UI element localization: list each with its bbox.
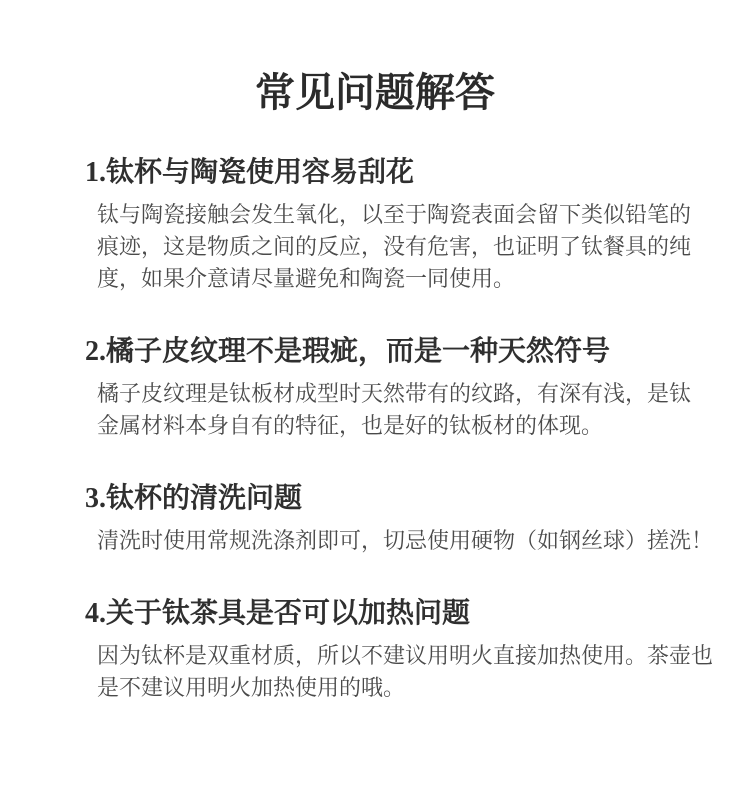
body-text-line: 钛与陶瓷接触会发生氧化，以至于陶瓷表面会留下类似铅笔的 <box>97 199 700 231</box>
section-heading-2: 2.橘子皮纹理不是瑕疵，而是一种天然符号 <box>85 335 690 369</box>
body-text-line: 清洗时使用常规洗涤剂即可，切忌使用硬物（如钢丝球）搓洗！ <box>97 525 700 557</box>
body-text-line: 金属材料本身自有的特征，也是好的钛板材的体现。 <box>97 410 700 442</box>
faq-section-scratching: 1.钛杯与陶瓷使用容易刮花 钛与陶瓷接触会发生氧化，以至于陶瓷表面会留下类似铅笔… <box>0 156 750 295</box>
faq-section-orange-peel-texture: 2.橘子皮纹理不是瑕疵，而是一种天然符号 橘子皮纹理是钛板材成型时天然带有的纹路… <box>0 335 750 442</box>
section-heading-4: 4.关于钛茶具是否可以加热问题 <box>85 597 690 631</box>
section-body-4: 因为钛杯是双重材质，所以不建议用明火直接加热使用。茶壶也 是不建议用明火加热使用… <box>97 640 700 704</box>
body-text-line: 度，如果介意请尽量避免和陶瓷一同使用。 <box>97 263 700 295</box>
body-text-line: 是不建议用明火加热使用的哦。 <box>97 672 700 704</box>
section-heading-1: 1.钛杯与陶瓷使用容易刮花 <box>85 156 690 190</box>
body-text-line: 痕迹，这是物质之间的反应，没有危害，也证明了钛餐具的纯 <box>97 231 700 263</box>
section-body-1: 钛与陶瓷接触会发生氧化，以至于陶瓷表面会留下类似铅笔的 痕迹，这是物质之间的反应… <box>97 199 700 295</box>
section-body-3: 清洗时使用常规洗涤剂即可，切忌使用硬物（如钢丝球）搓洗！ <box>97 525 700 557</box>
section-body-2: 橘子皮纹理是钛板材成型时天然带有的纹路，有深有浅，是钛 金属材料本身自有的特征，… <box>97 378 700 442</box>
body-text-line: 橘子皮纹理是钛板材成型时天然带有的纹路，有深有浅，是钛 <box>97 378 700 410</box>
section-heading-3: 3.钛杯的清洗问题 <box>85 482 690 516</box>
faq-section-heating: 4.关于钛茶具是否可以加热问题 因为钛杯是双重材质，所以不建议用明火直接加热使用… <box>0 597 750 704</box>
page-title: 常见问题解答 <box>0 70 750 116</box>
faq-page: 常见问题解答 1.钛杯与陶瓷使用容易刮花 钛与陶瓷接触会发生氧化，以至于陶瓷表面… <box>0 0 750 802</box>
body-text-line: 因为钛杯是双重材质，所以不建议用明火直接加热使用。茶壶也 <box>97 640 700 672</box>
faq-section-cleaning: 3.钛杯的清洗问题 清洗时使用常规洗涤剂即可，切忌使用硬物（如钢丝球）搓洗！ <box>0 482 750 557</box>
